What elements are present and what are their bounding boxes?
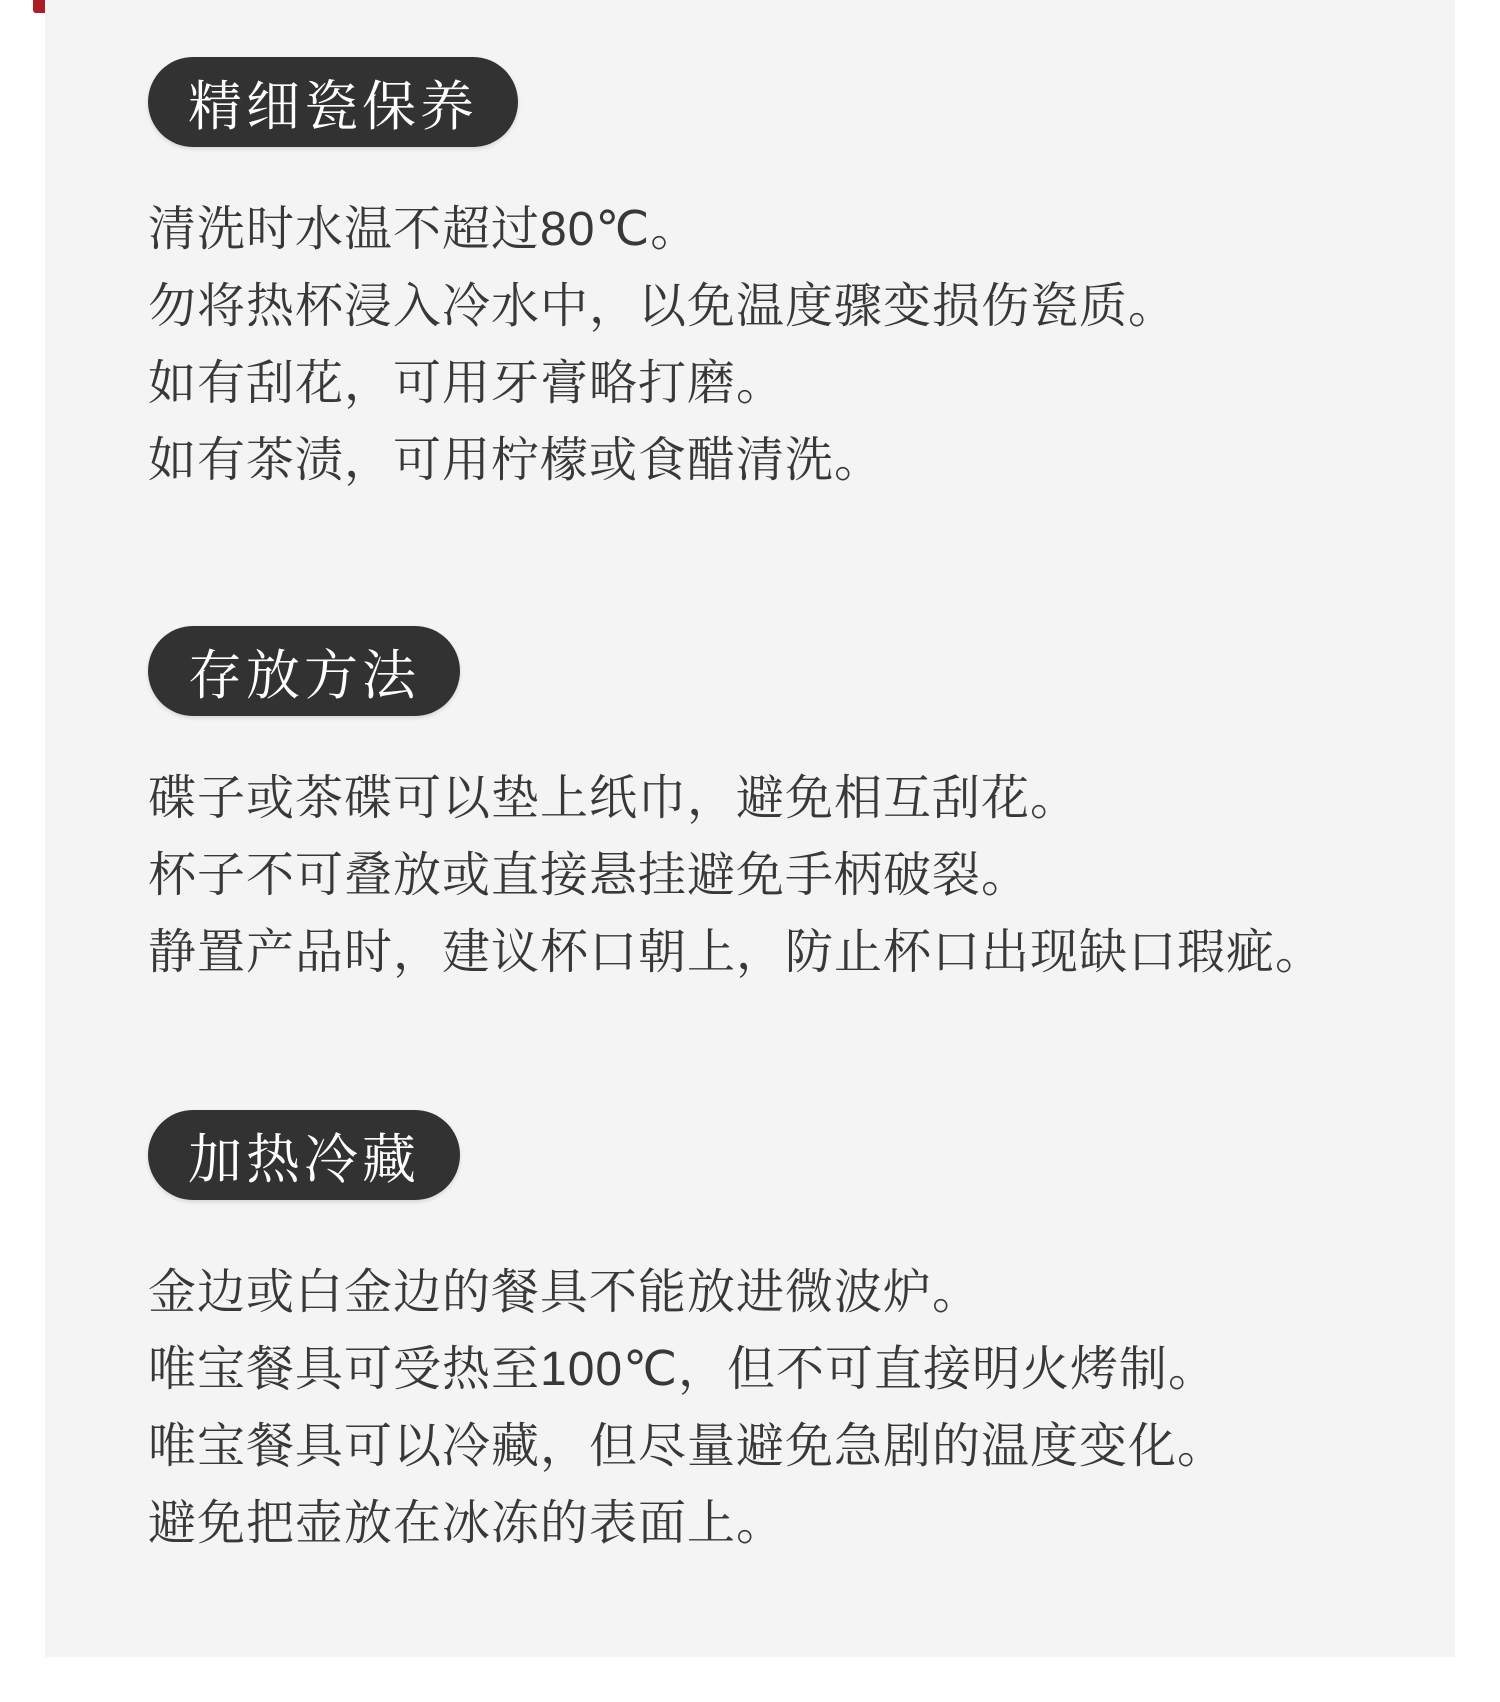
section-lines: 金边或白金边的餐具不能放进微波炉。 唯宝餐具可受热至100℃，但不可直接明火烤制… (148, 1254, 1395, 1562)
section-badge-heating-refrigeration: 加热冷藏 (148, 1110, 460, 1200)
section-porcelain-care: 精细瓷保养 清洗时水温不超过80℃。 勿将热杯浸入冷水中，以免温度骤变损伤瓷质。… (148, 0, 1395, 499)
section-storage-method: 存放方法 碟子或茶碟可以垫上纸巾，避免相互刮花。 杯子不可叠放或直接悬挂避免手柄… (148, 499, 1395, 991)
instruction-line: 静置产品时，建议杯口朝上，防止杯口出现缺口瑕疵。 (148, 914, 1395, 991)
instruction-line: 清洗时水温不超过80℃。 (148, 191, 1395, 268)
instruction-line: 如有刮花，可用牙膏略打磨。 (148, 345, 1395, 422)
care-instructions-page: 精细瓷保养 清洗时水温不超过80℃。 勿将热杯浸入冷水中，以免温度骤变损伤瓷质。… (0, 0, 1500, 1702)
card-content: 精细瓷保养 清洗时水温不超过80℃。 勿将热杯浸入冷水中，以免温度骤变损伤瓷质。… (45, 0, 1455, 1562)
section-lines: 碟子或茶碟可以垫上纸巾，避免相互刮花。 杯子不可叠放或直接悬挂避免手柄破裂。 静… (148, 760, 1395, 991)
section-lines: 清洗时水温不超过80℃。 勿将热杯浸入冷水中，以免温度骤变损伤瓷质。 如有刮花，… (148, 191, 1395, 499)
instruction-line: 勿将热杯浸入冷水中，以免温度骤变损伤瓷质。 (148, 268, 1395, 345)
instruction-line: 唯宝餐具可以冷藏，但尽量避免急剧的温度变化。 (148, 1408, 1395, 1485)
section-badge-storage-method: 存放方法 (148, 626, 460, 716)
instruction-line: 如有茶渍，可用柠檬或食醋清洗。 (148, 422, 1395, 499)
instruction-line: 碟子或茶碟可以垫上纸巾，避免相互刮花。 (148, 760, 1395, 837)
instruction-line: 唯宝餐具可受热至100℃，但不可直接明火烤制。 (148, 1331, 1395, 1408)
instruction-line: 避免把壶放在冰冻的表面上。 (148, 1485, 1395, 1562)
instruction-line: 杯子不可叠放或直接悬挂避免手柄破裂。 (148, 837, 1395, 914)
instructions-card: 精细瓷保养 清洗时水温不超过80℃。 勿将热杯浸入冷水中，以免温度骤变损伤瓷质。… (45, 0, 1455, 1657)
section-badge-porcelain-care: 精细瓷保养 (148, 57, 518, 147)
instruction-line: 金边或白金边的餐具不能放进微波炉。 (148, 1254, 1395, 1331)
section-heating-refrigeration: 加热冷藏 金边或白金边的餐具不能放进微波炉。 唯宝餐具可受热至100℃，但不可直… (148, 991, 1395, 1562)
